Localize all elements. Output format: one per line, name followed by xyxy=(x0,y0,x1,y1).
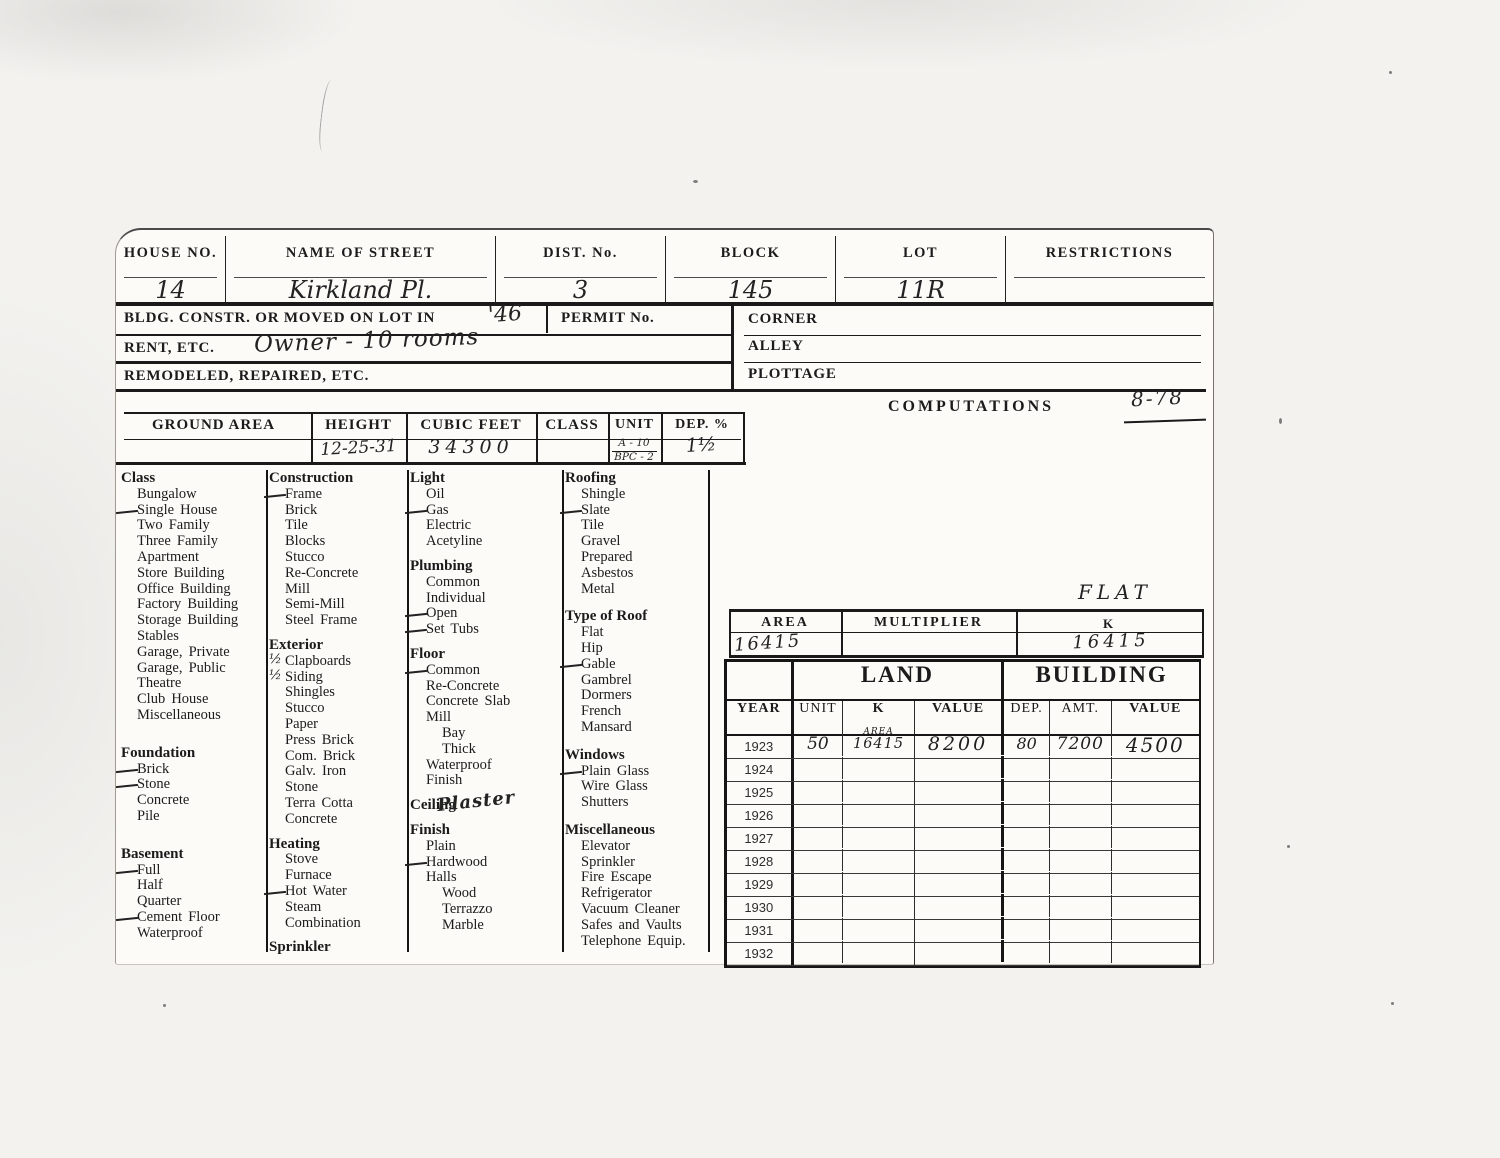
checklist-item: Common xyxy=(409,575,562,591)
valuation-cell-amt xyxy=(1050,757,1112,779)
valuation-cell-land-value xyxy=(915,802,1004,824)
checklist-item: Metal xyxy=(564,582,708,598)
k-value: 16415 xyxy=(1046,629,1177,655)
checklist-item-label: Stone xyxy=(285,779,318,795)
checklist-item-label: Terra Cotta xyxy=(285,795,353,811)
checklist-item: Two Family xyxy=(120,518,266,534)
checklist-item: Mansard xyxy=(564,720,708,736)
checklist-item-label: Bay xyxy=(442,725,465,741)
checklist-item: Hardwood xyxy=(409,855,562,871)
checklist-item-label: Concrete Slab xyxy=(426,693,510,709)
handwritten-check-mark xyxy=(116,917,138,921)
checklist-section-finish: Finish xyxy=(409,823,562,839)
checklist-item-label: Mill xyxy=(285,581,310,597)
checklist-item-label: Steam xyxy=(285,899,321,915)
computations-title: COMPUTATIONS xyxy=(796,398,1146,416)
checklist-col4: RoofingShingleSlateTileGravelPreparedAsb… xyxy=(564,470,710,952)
checklist-item: Bungalow xyxy=(120,487,266,503)
header-col-label: HOUSE NO. xyxy=(116,245,225,262)
checklist-item-label: Open xyxy=(426,605,457,621)
handwritten-check-mark xyxy=(560,770,582,774)
checklist-item: Miscellaneous xyxy=(120,708,266,724)
checklist-item: Hot Water xyxy=(268,884,407,900)
checklist-item-label: Stucco xyxy=(285,549,324,565)
checklist-item: Apartment xyxy=(120,550,266,566)
valuation-cell-unit xyxy=(794,780,844,802)
checklist-item-label: Dormers xyxy=(581,687,632,703)
checklist-item: Storage Building xyxy=(120,613,266,629)
checklist-item: Bay xyxy=(409,726,562,742)
checklist-item-label: Waterproof xyxy=(426,757,492,773)
checklist-section-floor: Floor xyxy=(409,647,562,663)
checklist-item-label: Furnace xyxy=(285,867,332,883)
divider-line xyxy=(731,305,734,392)
checklist-item-label: Three Family xyxy=(137,533,218,549)
checklist-section-roofing: Roofing xyxy=(564,471,708,487)
checklist-item: Brick xyxy=(268,503,407,519)
checklist-section-heating: Heating xyxy=(268,837,407,853)
checklist-item: French xyxy=(564,704,708,720)
valuation-cell-k xyxy=(843,782,915,804)
scan-speck xyxy=(1287,845,1290,848)
checklist-item-label: Gambrel xyxy=(581,672,632,688)
checklist-item-label: Oil xyxy=(426,486,445,502)
checklist-item-label: Vacuum Cleaner xyxy=(581,901,680,917)
header-col-name-of-street: NAME OF STREETKirkland Pl. xyxy=(226,236,496,302)
checklist-item: Pile xyxy=(120,809,266,825)
flat-note: FLAT xyxy=(1078,580,1152,604)
handwritten-check-mark xyxy=(405,861,427,865)
checklist-item: Oil xyxy=(409,487,562,503)
valuation-cell-year: 1928 xyxy=(727,851,794,873)
valuation-cell-dep xyxy=(1004,849,1050,871)
header-col-house-no-: HOUSE NO.14 xyxy=(116,236,226,302)
checklist-section-foundation: Foundation xyxy=(120,746,266,762)
height-label: HEIGHT xyxy=(311,417,406,434)
checklist-item-label: Shutters xyxy=(581,794,629,810)
checklist-item: Individual xyxy=(409,591,562,607)
checklist-item-label: Bungalow xyxy=(137,486,197,502)
checklist-item: Brick xyxy=(120,762,266,778)
checklist-item: Asbestos xyxy=(564,566,708,582)
checklist-item: ½Siding xyxy=(268,670,407,686)
alley-label: ALLEY xyxy=(748,338,804,355)
scan-speck xyxy=(693,180,698,183)
valuation-cell-land-value xyxy=(915,779,1004,801)
checklist-item: Plain Glass xyxy=(564,764,708,780)
checklist-item-label: Garage, Private xyxy=(137,644,230,660)
divider-line xyxy=(729,655,1204,658)
checklist-item: Shutters xyxy=(564,795,708,811)
checklist-item: Stucco xyxy=(268,550,407,566)
divider-line xyxy=(1202,609,1204,658)
valuation-cell-land-value xyxy=(915,825,1004,847)
checklist-item-label: Shingle xyxy=(581,486,625,502)
checklist-item: Garage, Public xyxy=(120,661,266,677)
checklist-item-label: Common xyxy=(426,662,480,678)
checklist-item: Marble xyxy=(409,918,562,934)
valuation-cell-amt xyxy=(1050,849,1112,871)
header-col-restrictions: RESTRICTIONS xyxy=(1006,236,1213,302)
valuation-cell-year: 1931 xyxy=(727,920,794,942)
valuation-column-headers: YEARUNITKVALUEDEP.AMT.VALUE xyxy=(727,701,1199,736)
checklist-item: Waterproof xyxy=(120,926,266,942)
valuation-cell-building-value: 4500 xyxy=(1112,733,1199,755)
valuation-cell-k xyxy=(843,943,915,965)
handwritten-fraction-mark: ½ xyxy=(269,652,282,668)
valuation-cell-amt xyxy=(1050,780,1112,802)
checklist-item: Quarter xyxy=(120,894,266,910)
header-col-lot: LOT11R xyxy=(836,236,1006,302)
checklist-item-label: Frame xyxy=(285,486,322,502)
handwritten-check-mark xyxy=(560,664,582,668)
checklist-item: Elevator xyxy=(564,839,708,855)
checklist-item: Concrete xyxy=(268,812,407,828)
checklist-section-plumbing: Plumbing xyxy=(409,559,562,575)
checklist-item: Mill xyxy=(268,582,407,598)
checklist-item: Refrigerator xyxy=(564,886,708,902)
checklist-item-label: Common xyxy=(426,574,480,590)
checklist-item: Fire Escape xyxy=(564,870,708,886)
valuation-cell-land-value: 8200 xyxy=(915,733,1004,755)
valuation-cell-land-value xyxy=(915,894,1004,916)
valuation-cell-amt xyxy=(1050,895,1112,917)
valuation-cell-unit xyxy=(794,941,844,963)
checklist-item-label: Flat xyxy=(581,624,604,640)
checklist-item: Safes and Vaults xyxy=(564,918,708,934)
checklist-item-label: Electric xyxy=(426,517,471,533)
checklist-item: Tile xyxy=(268,518,407,534)
checklist-item-label: Mansard xyxy=(581,719,632,735)
checklist-item-label: Stables xyxy=(137,628,179,644)
valuation-column-header: DEP. xyxy=(1004,701,1050,734)
checklist-item-label: Garage, Public xyxy=(137,660,226,676)
checklist-item: Mill xyxy=(409,710,562,726)
scan-speck xyxy=(1279,418,1282,424)
checklist-item: Open xyxy=(409,606,562,622)
valuation-cell-building-value xyxy=(1112,756,1199,778)
dep-pct-value: 1½ xyxy=(660,431,741,459)
checklist-item: Three Family xyxy=(120,534,266,550)
valuation-cell-k: AREA16415 xyxy=(843,736,915,758)
checklist-item: Blocks xyxy=(268,534,407,550)
checklist-item-label: Elevator xyxy=(581,838,630,854)
valuation-cell-year: 1923 xyxy=(727,736,794,758)
checklist-item-label: Thick xyxy=(442,741,476,757)
checklist-section-ceiling: CeilingPlaster xyxy=(409,798,562,814)
handwritten-check-mark xyxy=(405,670,427,674)
valuation-cell-land-value xyxy=(915,940,1004,962)
plottage-label: PLOTTAGE xyxy=(748,366,837,383)
valuation-cell-unit xyxy=(794,895,844,917)
checklist-item-label: French xyxy=(581,703,621,719)
valuation-cell-amt xyxy=(1050,826,1112,848)
valuation-cell-unit xyxy=(794,872,844,894)
checklist-col1: ClassBungalowSingle HouseTwo FamilyThree… xyxy=(120,470,268,952)
divider-line xyxy=(729,609,731,658)
handwritten-check-mark xyxy=(405,509,427,513)
checklist-item-label: Fire Escape xyxy=(581,869,652,885)
building-section-header: BUILDING xyxy=(1004,662,1199,699)
checklist-item-label: Galv. Iron xyxy=(285,763,346,779)
height-value: 12-25-31 xyxy=(311,436,407,461)
checklist-item: Tile xyxy=(564,518,708,534)
handwritten-check-mark xyxy=(560,509,582,513)
checklist-item-label: Siding xyxy=(285,669,323,685)
bldg-constr-label: BLDG. CONSTR. OR MOVED ON LOT IN xyxy=(124,310,435,327)
valuation-cell-amt xyxy=(1050,941,1112,963)
checklist-item-label: Store Building xyxy=(137,565,225,581)
scan-speck xyxy=(1389,71,1392,74)
valuation-cell-k xyxy=(843,874,915,896)
checklist-item-label: Waterproof xyxy=(137,925,203,941)
valuation-cell-building-value xyxy=(1112,825,1199,847)
checklist-item: Sprinkler xyxy=(564,855,708,871)
valuation-cell-unit: 50 xyxy=(794,734,844,756)
valuation-cell-building-value xyxy=(1112,802,1199,824)
header-col-value: 145 xyxy=(666,276,835,304)
valuation-band: LANDBUILDING xyxy=(727,659,1199,701)
remodeled-label: REMODELED, REPAIRED, ETC. xyxy=(124,368,369,385)
checklist-item: Frame xyxy=(268,487,407,503)
header-col-value: 11R xyxy=(836,276,1005,304)
checklist-item: Office Building xyxy=(120,582,266,598)
header-col-rule xyxy=(1014,277,1205,278)
checklist-item: Waterproof xyxy=(409,758,562,774)
valuation-cell-year: 1929 xyxy=(727,874,794,896)
checklist-item-label: Apartment xyxy=(137,549,199,565)
valuation-cell-year: 1924 xyxy=(727,759,794,781)
checklist-item: Thick xyxy=(409,742,562,758)
checklist-item-label: Sprinkler xyxy=(581,854,635,870)
checklist-item: Vacuum Cleaner xyxy=(564,902,708,918)
valuation-cell-dep xyxy=(1004,757,1050,779)
divider-line xyxy=(536,412,538,462)
valuation-column-header: YEAR xyxy=(727,701,794,734)
checklist-item-label: Slate xyxy=(581,502,610,518)
rent-value: Owner - 10 rooms xyxy=(254,324,480,358)
checklist-item: Combination xyxy=(268,916,407,932)
scanned-page: HOUSE NO.14NAME OF STREETKirkland Pl.DIS… xyxy=(0,0,1500,1158)
checklist-item-label: Re-Concrete xyxy=(285,565,358,581)
checklist-section-exterior: Exterior xyxy=(268,638,407,654)
checklist-item-label: Single House xyxy=(137,502,217,518)
unit-label: UNIT xyxy=(608,417,661,433)
valuation-table: LANDBUILDINGYEARUNITKVALUEDEP.AMT.VALUE1… xyxy=(724,659,1201,968)
checklist-item-label: Semi-Mill xyxy=(285,596,345,612)
checklist-col3: LightOilGasElectricAcetylinePlumbingComm… xyxy=(409,470,564,952)
header-col-block: BLOCK145 xyxy=(666,236,836,302)
header-col-label: NAME OF STREET xyxy=(226,245,495,262)
rent-label: RENT, ETC. xyxy=(124,340,215,357)
valuation-cell-building-value xyxy=(1112,871,1199,893)
valuation-cell-dep xyxy=(1004,803,1050,825)
divider-line xyxy=(116,302,1213,306)
valuation-row-1932: 1932 xyxy=(727,943,1199,966)
checklist-item: ½Clapboards xyxy=(268,654,407,670)
checklist-item: Press Brick xyxy=(268,733,407,749)
class-label: CLASS xyxy=(536,417,608,434)
checklist-item: Gas xyxy=(409,503,562,519)
checklist-item-label: Hip xyxy=(581,640,603,656)
checklist-section-class: Class xyxy=(120,471,266,487)
checklist-item-label: Storage Building xyxy=(137,612,238,628)
divider-line xyxy=(743,412,745,462)
divider-line xyxy=(729,609,1204,612)
ceiling-finish-handwritten: Plaster xyxy=(436,790,516,814)
header-col-value: 3 xyxy=(496,276,665,304)
checklist-item: Concrete Slab xyxy=(409,694,562,710)
divider-line xyxy=(116,361,731,364)
valuation-cell-k xyxy=(843,920,915,942)
checklist-item-label: Pile xyxy=(137,808,160,824)
valuation-cell-unit xyxy=(794,849,844,871)
checklist-item: Re-Concrete xyxy=(409,679,562,695)
checklist-item: Stucco xyxy=(268,701,407,717)
dep-pct-label: DEP. % xyxy=(661,417,743,433)
valuation-column-header: UNIT xyxy=(794,701,844,734)
checklist-item-label: Gas xyxy=(426,502,449,518)
checklist-item: Set Tubs xyxy=(409,622,562,638)
valuation-cell-amt xyxy=(1050,803,1112,825)
valuation-cell-building-value xyxy=(1112,940,1199,962)
checklist-item: Steel Frame xyxy=(268,613,407,629)
checklist-item: Single House xyxy=(120,503,266,519)
divider-line xyxy=(406,412,408,462)
checklist-item-label: Stone xyxy=(137,776,170,792)
checklist-section-construction: Construction xyxy=(268,471,407,487)
computations-code: 8-78 xyxy=(1130,385,1184,412)
checklist-item-label: Cement Floor xyxy=(137,909,220,925)
checklist-item-label: Shingles xyxy=(285,684,335,700)
cubic-feet-label: CUBIC FEET xyxy=(406,417,536,434)
checklist-item: Semi-Mill xyxy=(268,597,407,613)
handwritten-check-mark xyxy=(264,891,286,895)
valuation-cell-land-value xyxy=(915,848,1004,870)
valuation-column-header: AMT. xyxy=(1050,701,1112,734)
divider-line xyxy=(744,335,1201,336)
checklist-item-label: Hardwood xyxy=(426,854,487,870)
checklist-item-label: Press Brick xyxy=(285,732,354,748)
checklist-item-label: Set Tubs xyxy=(426,621,479,637)
header-col-value: Kirkland Pl. xyxy=(226,276,495,304)
valuation-cell-year: 1927 xyxy=(727,828,794,850)
checklist-item: Stone xyxy=(268,780,407,796)
scan-speck xyxy=(163,1004,166,1007)
checklist-section-basement: Basement xyxy=(120,847,266,863)
checklist-item-label: Stove xyxy=(285,851,318,867)
checklist-item: Wood xyxy=(409,886,562,902)
checklist-item-label: Clapboards xyxy=(285,653,351,669)
checklist-section-sprinkler: Sprinkler xyxy=(268,940,407,956)
checklist-item: Shingles xyxy=(268,685,407,701)
checklist-item-label: Mill xyxy=(426,709,451,725)
checklist-item-label: Paper xyxy=(285,716,318,732)
checklist-item-label: Individual xyxy=(426,590,486,606)
checklist-item-label: Prepared xyxy=(581,549,633,565)
valuation-cell-building-value xyxy=(1112,917,1199,939)
divider-line xyxy=(116,462,746,465)
checklist-item: Stove xyxy=(268,852,407,868)
valuation-cell-k xyxy=(843,828,915,850)
checklist-item: Stables xyxy=(120,629,266,645)
valuation-cell-k xyxy=(843,759,915,781)
checklist-item: Garage, Private xyxy=(120,645,266,661)
valuation-cell-dep xyxy=(1004,826,1050,848)
checklist-section-windows: Windows xyxy=(564,748,708,764)
checklist-item-label: Terrazzo xyxy=(442,901,493,917)
checklist-item: Half xyxy=(120,878,266,894)
checklist-item-label: Steel Frame xyxy=(285,612,357,628)
checklist-item: Concrete xyxy=(120,793,266,809)
valuation-cell-land-value xyxy=(915,756,1004,778)
corner-label: CORNER xyxy=(748,311,818,328)
checklist-item-label: Marble xyxy=(442,917,484,933)
unit-value-top: A - 10 xyxy=(610,437,658,449)
valuation-cell-unit xyxy=(794,918,844,940)
checklist-item: Galv. Iron xyxy=(268,764,407,780)
valuation-cell-dep xyxy=(1004,780,1050,802)
checklist-section-light: Light xyxy=(409,471,562,487)
valuation-column-header: VALUE xyxy=(1112,701,1199,734)
divider-line xyxy=(661,412,663,462)
checklist-item: Hip xyxy=(564,641,708,657)
checklist-item: Club House xyxy=(120,692,266,708)
checklist-item: Flat xyxy=(564,625,708,641)
checklist-item: Slate xyxy=(564,503,708,519)
checklist-section-type-of-roof: Type of Roof xyxy=(564,609,708,625)
handwritten-fraction-mark: ½ xyxy=(269,668,282,684)
checklist-item-label: Combination xyxy=(285,915,361,931)
divider-line xyxy=(608,412,610,462)
header-col-label: BLOCK xyxy=(666,245,835,262)
checklist-item: Finish xyxy=(409,773,562,789)
checklist-item-label: Two Family xyxy=(137,517,210,533)
valuation-cell-year: 1932 xyxy=(727,943,794,965)
checklist-item: Dormers xyxy=(564,688,708,704)
checklist-item-label: Gravel xyxy=(581,533,620,549)
checklist-item-label: Club House xyxy=(137,691,208,707)
checklist-item: Telephone Equip. xyxy=(564,934,708,950)
valuation-cell-amt xyxy=(1050,872,1112,894)
divider-line xyxy=(546,306,548,333)
divider-line xyxy=(1124,419,1206,424)
divider-line xyxy=(744,362,1201,363)
checklist-item: Furnace xyxy=(268,868,407,884)
checklist-item-label: Acetyline xyxy=(426,533,482,549)
checklist-item-label: Finish xyxy=(426,772,462,788)
valuation-cell-land-value xyxy=(915,917,1004,939)
divider-line xyxy=(124,412,744,414)
header-col-label: LOT xyxy=(836,245,1005,262)
scan-scratch-mark xyxy=(317,79,339,152)
checklist-item-label: Wire Glass xyxy=(581,778,648,794)
handwritten-check-mark xyxy=(405,629,427,633)
checklist-item: Plain xyxy=(409,839,562,855)
handwritten-check-mark xyxy=(116,768,138,772)
checklist-item-label: Gable xyxy=(581,656,616,672)
checklist-item: Terrazzo xyxy=(409,902,562,918)
checklist-item-label: Re-Concrete xyxy=(426,678,499,694)
header-col-label: RESTRICTIONS xyxy=(1006,245,1213,262)
checklist-item-label: Concrete xyxy=(137,792,189,808)
ground-area-label: GROUND AREA xyxy=(116,417,311,434)
checklist-item-label: Com. Brick xyxy=(285,748,355,764)
handwritten-check-mark xyxy=(116,869,138,873)
header-col-value: 14 xyxy=(116,276,225,304)
checklist-item: Steam xyxy=(268,900,407,916)
valuation-cell-amt: 7200 xyxy=(1050,734,1112,756)
